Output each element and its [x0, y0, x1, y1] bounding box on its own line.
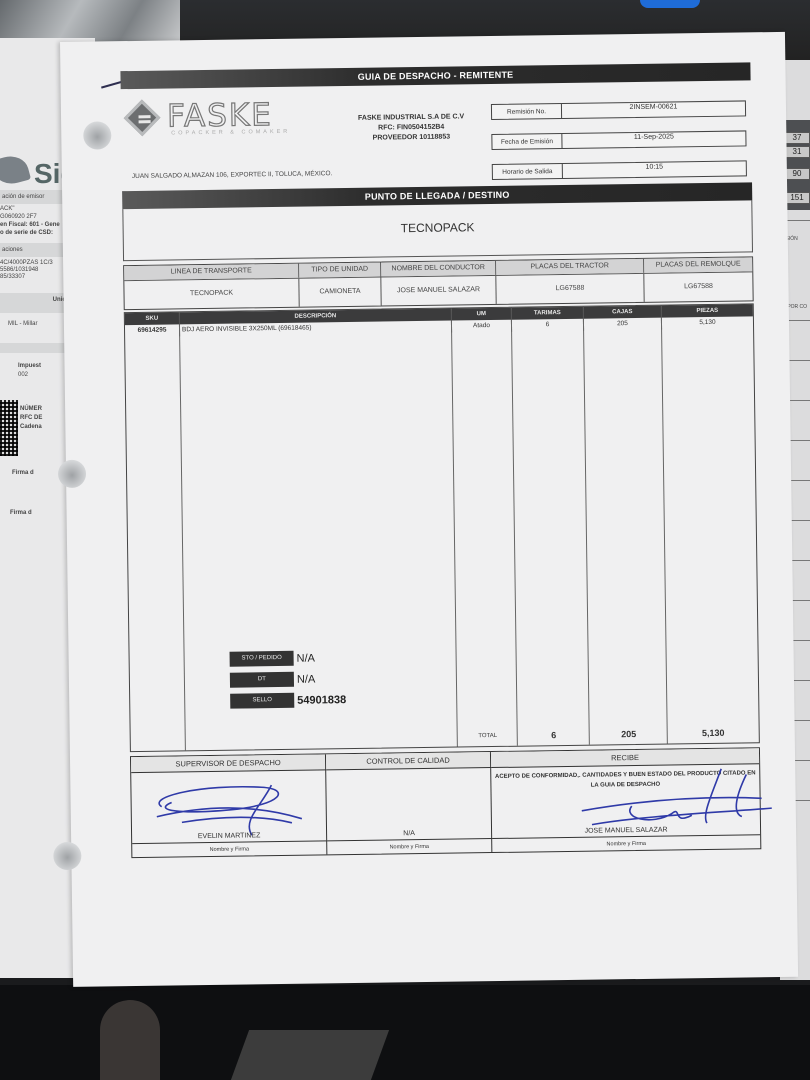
right-tab: 151: [784, 192, 810, 204]
reference-label: DT: [230, 672, 294, 688]
totals-row: TOTAL 6 205 5,130: [131, 722, 759, 751]
destination-value: TECNOPACK: [122, 200, 753, 261]
right-tab: 90: [784, 168, 810, 180]
transport-header: TIPO DE UNIDAD: [299, 263, 381, 278]
meta-horario: Horario de Salida 10:15: [492, 160, 747, 180]
items-header: SKU: [125, 312, 180, 325]
transport-cell: LG67588: [496, 274, 644, 304]
transport-table: LINEA DE TRANSPORTE TIPO DE UNIDAD NOMBR…: [123, 256, 754, 310]
left-line: Firma d: [10, 510, 32, 516]
item-description: BDJ AERO INVISIBLE 3X250ML (69618465): [180, 321, 452, 337]
column-lines: [125, 316, 759, 751]
item-piezas: 5,130: [662, 316, 753, 329]
reference-value: N/A: [297, 673, 316, 685]
transport-header: PLACAS DEL TRACTOR: [496, 259, 644, 275]
transport-cell: CAMIONETA: [299, 278, 381, 307]
item-tarimas: 6: [512, 319, 584, 332]
item-um: Atado: [452, 320, 512, 333]
left-line: Cadena: [20, 424, 42, 430]
left-line: ACK": [0, 206, 14, 212]
meta-remision: Remisión No. 2INSEM-00621: [491, 100, 746, 120]
signature-body-row: EVELIN MARTINEZ N/A ACEPTO DE CONFORMIDA…: [131, 764, 760, 843]
signature-footer: Nombre y Firma: [327, 838, 492, 854]
item-cajas: 205: [584, 318, 662, 331]
document-meta: Remisión No. 2INSEM-00621 Fecha de Emisi…: [491, 100, 747, 194]
total-label: TOTAL: [458, 726, 518, 747]
meta-fecha: Fecha de Emisión 11-Sep-2025: [491, 130, 746, 150]
items-header: TARIMAS: [512, 307, 584, 320]
items-table: SKU DESCRIPCIÓN UM TARIMAS CAJAS PIEZAS …: [124, 303, 760, 752]
logo-tagline: COPACKER & COMAKER: [171, 129, 290, 137]
left-line: Impuest: [18, 363, 41, 369]
dispatch-guide-page: GUIA DE DESPACHO - REMITENTE FASKE COPAC…: [60, 32, 798, 987]
transport-header: NOMBRE DEL CONDUCTOR: [381, 261, 496, 277]
left-line: 4C/4000PZAS 1C/3: [0, 260, 53, 266]
transport-cell: LG67588: [644, 272, 752, 302]
right-tab: 37: [784, 132, 810, 144]
meta-label: Fecha de Emisión: [492, 134, 562, 149]
meta-value: 10:15: [563, 161, 746, 178]
left-line: MIL - Millar: [8, 321, 37, 327]
signature-footer: Nombre y Firma: [132, 840, 327, 857]
total-cajas: 205: [590, 724, 668, 745]
meta-label: Horario de Salida: [493, 164, 563, 179]
qr-code-icon: [0, 400, 18, 456]
dispatch-guide: GUIA DE DESPACHO - REMITENTE FASKE COPAC…: [120, 62, 761, 858]
left-line: G060920 2F7: [0, 214, 37, 220]
left-line: 5586/1031948: [0, 267, 38, 273]
left-line: NÚMER: [20, 406, 42, 412]
background-bottom: [0, 985, 810, 1080]
company-address: JUAN SALGADO ALMAZAN 106, EXPORTEC II, T…: [132, 170, 333, 180]
faske-logo: FASKE COPACKER & COMAKER: [125, 99, 301, 141]
shipment-references: STO / PEDIDO N/A DT N/A SELLO 54901838: [230, 650, 347, 715]
reference-dt: DT N/A: [230, 671, 346, 688]
receiver-signature-cell: ACEPTO DE CONFORMIDAD,. CANTIDADES Y BUE…: [491, 764, 760, 838]
reference-value: N/A: [297, 652, 316, 664]
supervisor-signature-icon: [141, 775, 312, 837]
punch-hole-icon: [53, 842, 81, 870]
signature-table: SUPERVISOR DE DESPACHO CONTROL DE CALIDA…: [130, 747, 761, 858]
items-header: UM: [452, 308, 512, 321]
company-info: FASKE INDUSTRIAL S.A DE C.V RFC: FIN0504…: [336, 112, 486, 144]
blue-object: [640, 0, 700, 8]
meta-value: 11-Sep-2025: [562, 131, 745, 148]
reference-label: STO / PEDIDO: [230, 651, 294, 667]
punch-hole-icon: [58, 460, 86, 488]
transport-header: PLACAS DEL REMOLQUE: [644, 257, 752, 273]
left-line: RFC DE: [20, 415, 42, 421]
fabric-fold: [231, 1030, 389, 1080]
items-header: CAJAS: [584, 306, 662, 319]
reference-value: 54901838: [297, 694, 346, 707]
header-block: FASKE COPACKER & COMAKER FASKE INDUSTRIA…: [121, 80, 752, 189]
left-line: 002: [18, 372, 28, 378]
meta-label: Remisión No.: [492, 104, 562, 119]
right-tab: 31: [784, 146, 810, 158]
company-proveedor: PROVEEDOR 10118853: [336, 132, 486, 144]
quality-control-name: N/A: [327, 829, 491, 838]
left-line: en Fiscal: 601 - Gene: [0, 222, 60, 228]
item-sku: 69614295: [125, 324, 180, 337]
total-tarimas: 6: [518, 725, 590, 746]
supervisor-signature-cell: EVELIN MARTINEZ: [131, 770, 327, 843]
left-line: Firma d: [12, 470, 34, 476]
transport-cell: TECNOPACK: [124, 279, 299, 309]
left-line: o de serie de CSD:: [0, 230, 53, 236]
transport-cell: JOSE MANUEL SALAZAR: [381, 276, 496, 306]
fabric-fold: [100, 1000, 160, 1080]
meta-value: 2INSEM-00621: [562, 101, 745, 118]
left-line: 85/33307: [0, 274, 25, 280]
sig-logo-icon: [0, 152, 31, 188]
plastic-wrap: [0, 0, 180, 42]
total-piezas: 5,130: [668, 722, 759, 743]
transport-header: LINEA DE TRANSPORTE: [124, 264, 299, 280]
quality-control-cell: N/A: [326, 768, 492, 840]
faske-diamond-logo-icon: [124, 99, 161, 136]
reference-label: SELLO: [230, 693, 294, 709]
reference-sto: STO / PEDIDO N/A: [230, 650, 346, 667]
punch-hole-icon: [83, 121, 111, 149]
supervisor-name: EVELIN MARTINEZ: [132, 831, 326, 841]
reference-sello: SELLO 54901838: [230, 692, 346, 709]
